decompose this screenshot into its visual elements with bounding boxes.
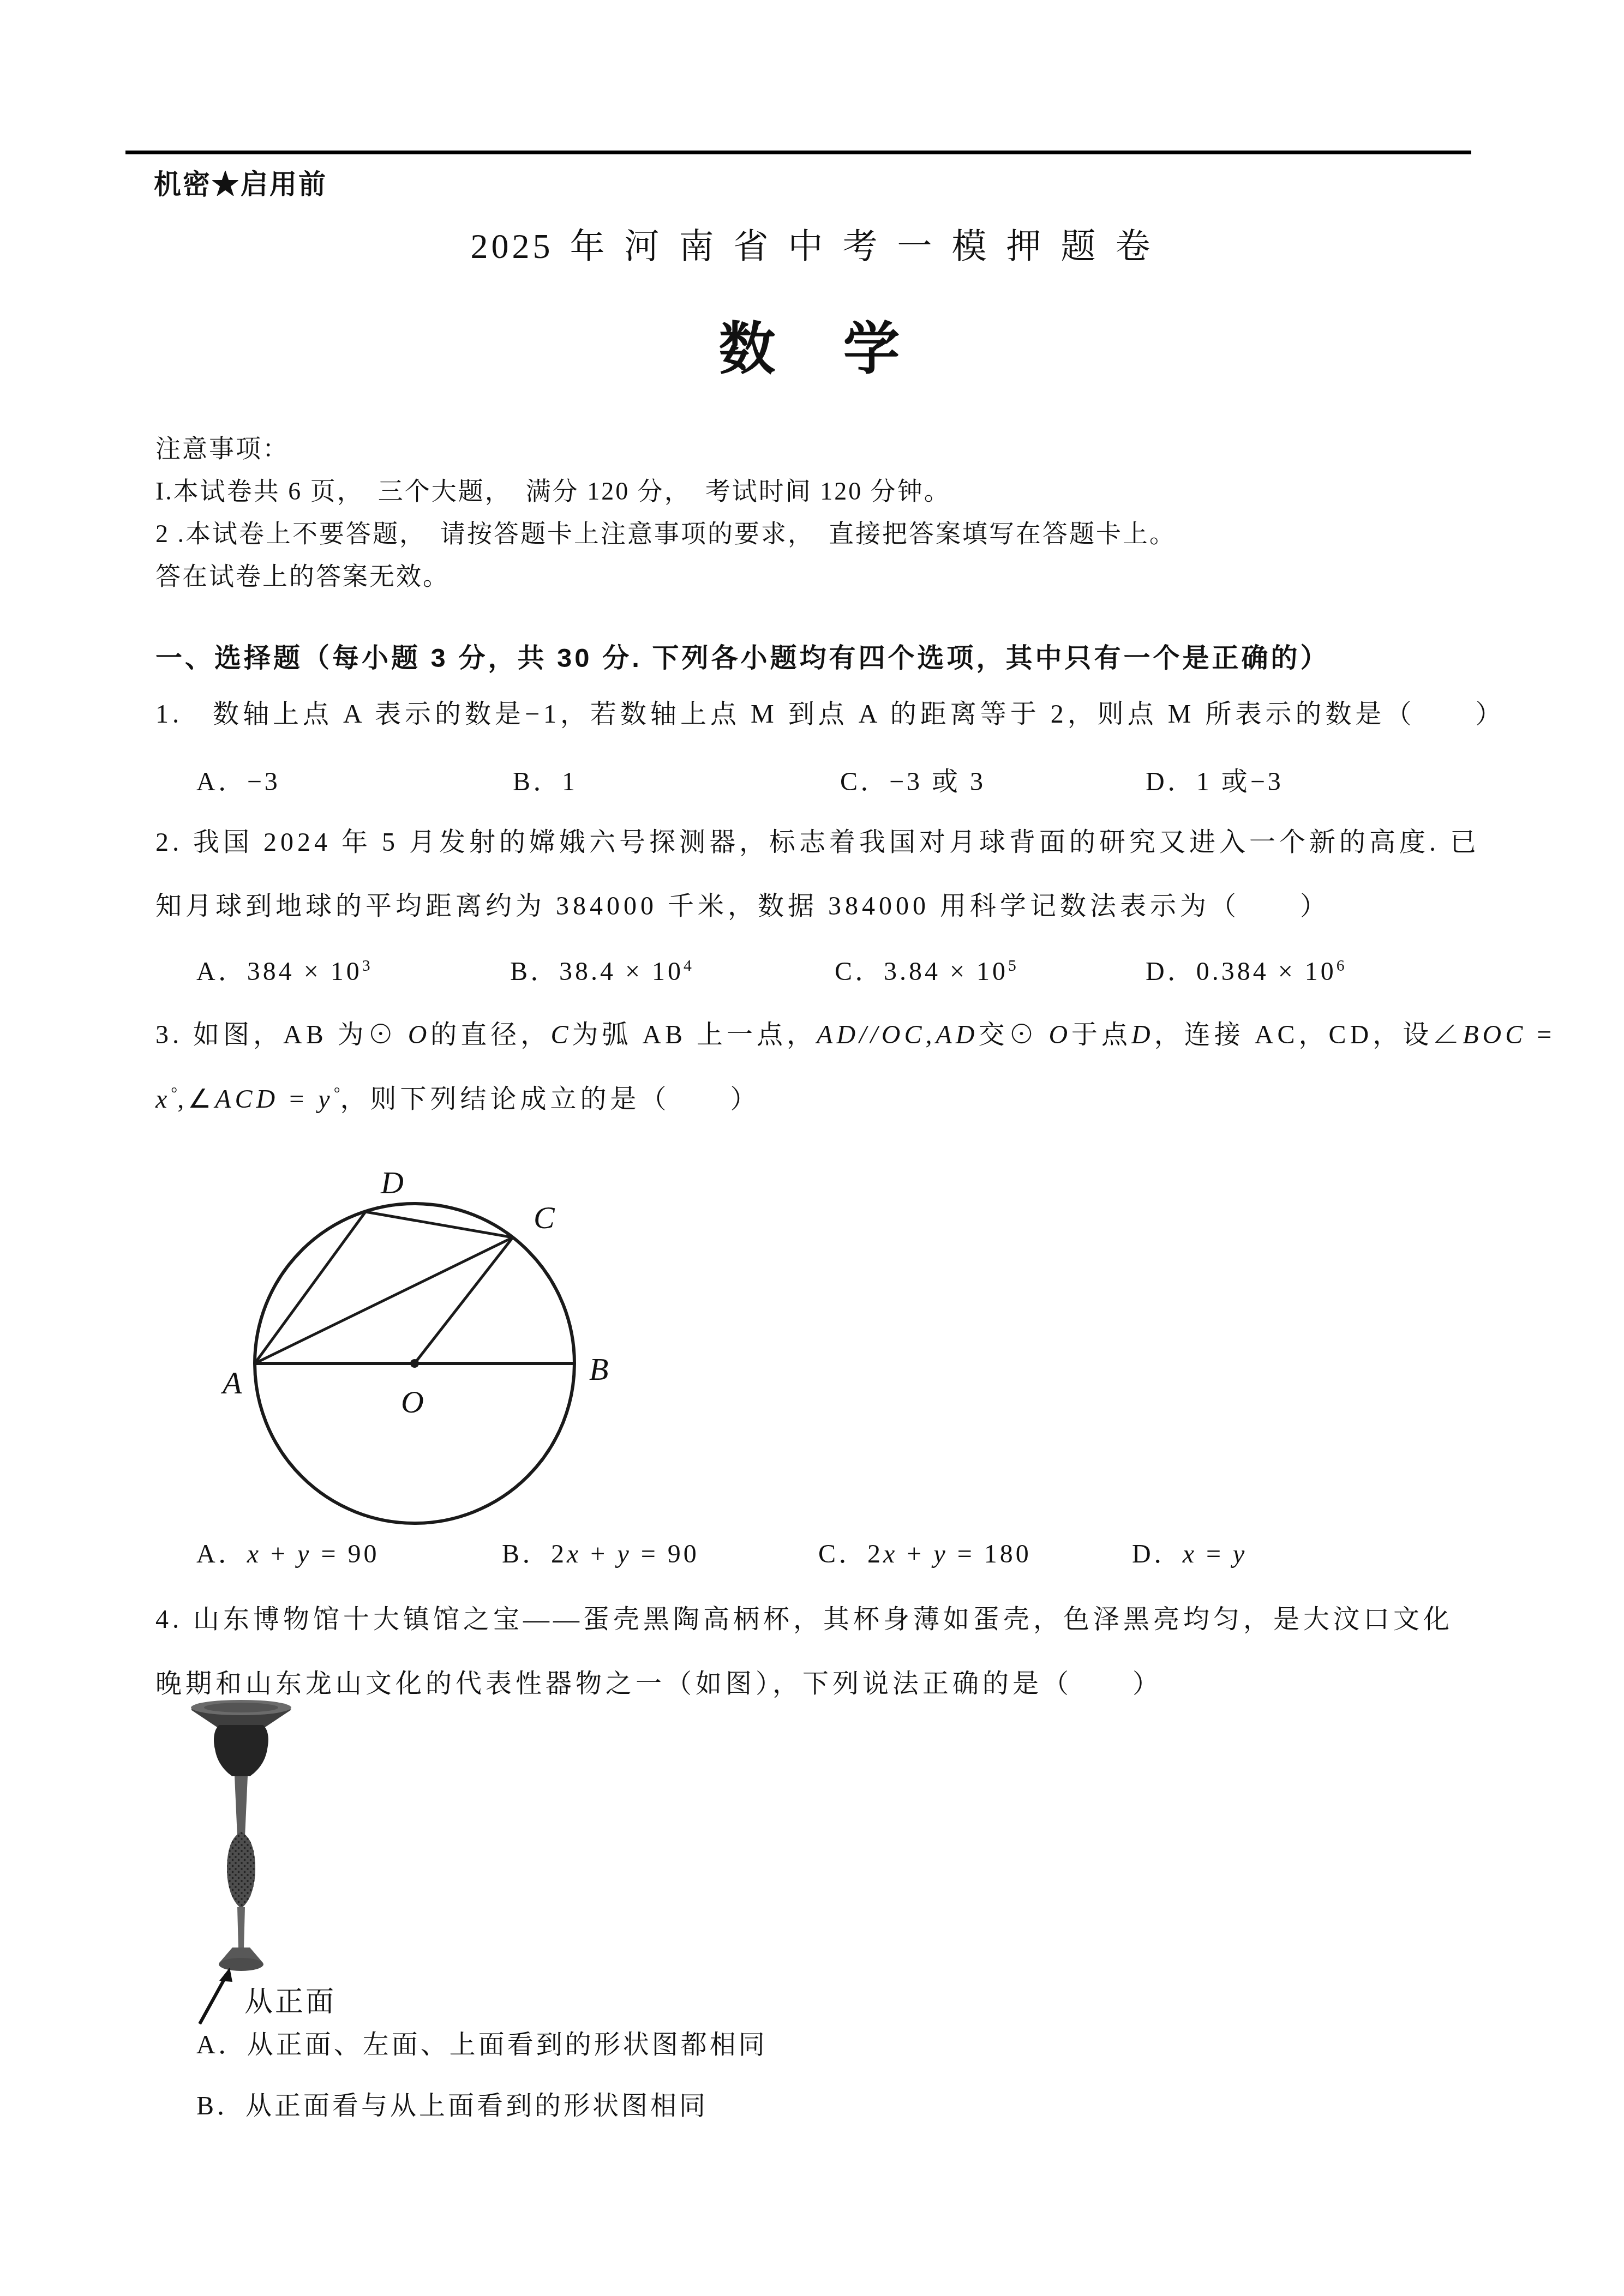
goblet-upper-stem	[235, 1776, 248, 1836]
q4-text-line1: 4. 山东博物馆十大镇馆之宝——蛋壳黑陶高柄杯，其杯身薄如蛋壳，色泽黑亮均匀，是…	[155, 1598, 1453, 1636]
label-O: O	[401, 1384, 424, 1420]
q1-text: 1. 数轴上点 A 表示的数是−1，若数轴上点 M 到点 A 的距离等于 2，则…	[155, 693, 1505, 730]
classification-label: 机密★启用前	[154, 163, 327, 202]
exam-paper-page: 机密★启用前 2025 年 河 南 省 中 考 一 模 押 题 卷 数 学 注意…	[0, 0, 1624, 2296]
radius-OC	[415, 1237, 513, 1363]
goblet-rim-inner	[204, 1703, 278, 1712]
label-D: D	[380, 1165, 404, 1200]
chord-AD	[255, 1212, 365, 1363]
q3-text-line1: 3. 如图，AB 为⊙ O的直径，C为弧 AB 上一点，AD//OC,AD交⊙ …	[155, 1013, 1555, 1051]
circle-figure: A B C D O	[207, 1162, 644, 1543]
center-dot	[410, 1359, 419, 1368]
q1-option-b: B．1	[513, 760, 578, 798]
q2-option-b: B．38.4 × 104	[510, 950, 692, 988]
view-arrow-icon	[192, 1961, 247, 2029]
q4-option-b: B．从正面看与从上面看到的形状图相同	[196, 2084, 708, 2122]
notice-line: 答在试卷上的答案无效。	[155, 556, 450, 592]
q2-text-line1: 2. 我国 2024 年 5 月发射的嫦娥六号探测器，标志着我国对月球背面的研究…	[155, 821, 1480, 858]
q3-option-b: B．2x + y = 90	[502, 1532, 699, 1570]
section1-heading: 一、选择题（每小题 3 分，共 30 分. 下列各小题均有四个选项，其中只有一个…	[155, 637, 1329, 675]
top-rule	[125, 151, 1471, 154]
notice-line: 2 .本试卷上不要答题， 请按答题卡上注意事项的要求， 直接把答案填写在答题卡上…	[155, 514, 1176, 550]
q3-option-d: D．x = y	[1132, 1532, 1247, 1570]
q4-option-a: A．从正面、左面、上面看到的形状图都相同	[196, 2023, 768, 2061]
subject-title: 数 学	[0, 303, 1624, 385]
q3-option-a: A．x + y = 90	[196, 1532, 379, 1570]
paper-title: 2025 年 河 南 省 中 考 一 模 押 题 卷	[0, 218, 1624, 268]
label-C: C	[534, 1200, 555, 1235]
q2-text-line2: 知月球到地球的平均距离约为 384000 千米，数据 384000 用科学记数法…	[155, 885, 1330, 922]
q2-option-d: D．0.384 × 106	[1146, 950, 1345, 988]
goblet-bowl	[214, 1725, 268, 1776]
goblet-figure	[180, 1693, 295, 1977]
view-direction-label: 从正面	[244, 1979, 336, 2019]
label-B: B	[589, 1351, 608, 1387]
goblet-lower-stem	[237, 1907, 245, 1949]
q3-option-c: C．2x + y = 180	[818, 1532, 1032, 1570]
chord-AC	[255, 1237, 513, 1363]
label-A: A	[220, 1365, 242, 1401]
q1-option-a: A．−3	[196, 760, 280, 798]
q2-option-a: A．384 × 103	[196, 950, 370, 988]
goblet-bulb-texture	[227, 1832, 255, 1908]
q3-text-line2: x°,∠ACD = y°，则下列结论成立的是（ ）	[155, 1078, 760, 1115]
notice-heading: 注意事项：	[155, 429, 289, 465]
q4-text-line2: 晚期和山东龙山文化的代表性器物之一（如图），下列说法正确的是（ ）	[155, 1662, 1162, 1700]
notice-line: I.本试卷共 6 页， 三个大题， 满分 120 分， 考试时间 120 分钟。	[155, 471, 951, 507]
q1-option-d: D．1 或−3	[1146, 760, 1284, 798]
q2-option-c: C．3.84 × 105	[835, 950, 1016, 988]
q1-option-c: C．−3 或 3	[840, 760, 986, 798]
